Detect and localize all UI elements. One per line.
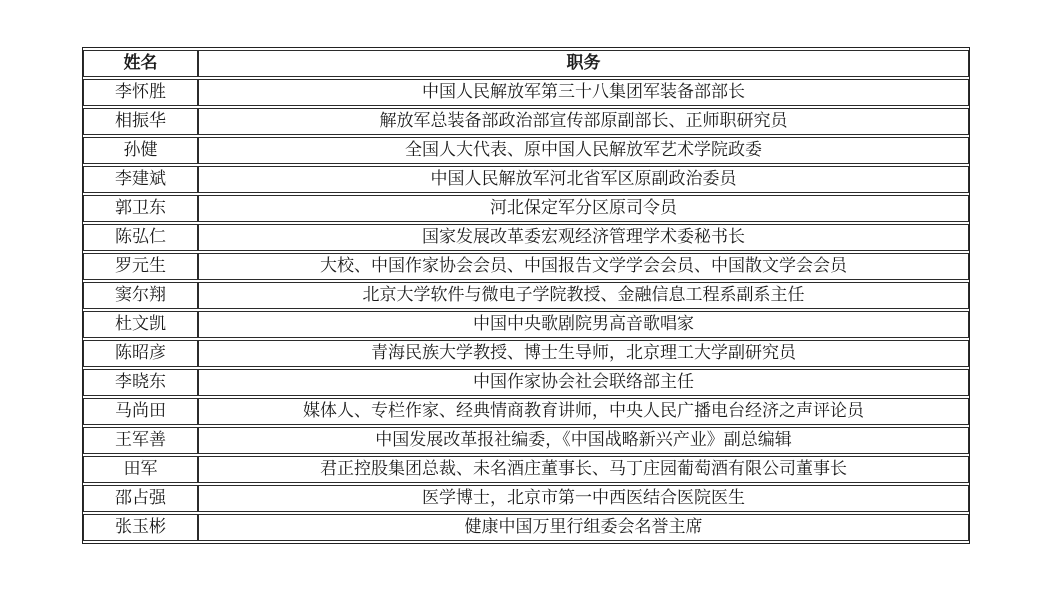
person-title: 中国人民解放军河北省军区原副政治委员 xyxy=(198,166,969,193)
person-title: 中国中央歌剧院男高音歌唱家 xyxy=(198,311,969,338)
person-title: 中国发展改革报社编委，《中国战略新兴产业》副总编辑 xyxy=(198,427,969,454)
person-name: 相振华 xyxy=(83,108,198,135)
person-name: 马尚田 xyxy=(83,398,198,425)
table-row: 李怀胜中国人民解放军第三十八集团军装备部部长 xyxy=(83,79,969,106)
table-row: 杜文凯中国中央歌剧院男高音歌唱家 xyxy=(83,311,969,338)
person-name: 孙健 xyxy=(83,137,198,164)
people-table: 姓名 职务 李怀胜中国人民解放军第三十八集团军装备部部长相振华解放军总装备部政治… xyxy=(82,47,970,544)
person-title: 河北保定军分区原司令员 xyxy=(198,195,969,222)
person-title: 大校、中国作家协会会员、中国报告文学学会会员、中国散文学会会员 xyxy=(198,253,969,280)
person-name: 杜文凯 xyxy=(83,311,198,338)
table-row: 李建斌中国人民解放军河北省军区原副政治委员 xyxy=(83,166,969,193)
column-header-title: 职务 xyxy=(198,50,969,77)
person-title: 全国人大代表、原中国人民解放军艺术学院政委 xyxy=(198,137,969,164)
person-name: 李晓东 xyxy=(83,369,198,396)
person-name: 张玉彬 xyxy=(83,514,198,541)
person-title: 健康中国万里行组委会名誉主席 xyxy=(198,514,969,541)
person-title: 医学博士，北京市第一中西医结合医院医生 xyxy=(198,485,969,512)
column-header-name: 姓名 xyxy=(83,50,198,77)
person-name: 郭卫东 xyxy=(83,195,198,222)
person-title: 解放军总装备部政治部宣传部原副部长、正师职研究员 xyxy=(198,108,969,135)
table-row: 邵占强医学博士，北京市第一中西医结合医院医生 xyxy=(83,485,969,512)
table-row: 李晓东中国作家协会社会联络部主任 xyxy=(83,369,969,396)
person-name: 邵占强 xyxy=(83,485,198,512)
person-name: 王军善 xyxy=(83,427,198,454)
table-row: 王军善中国发展改革报社编委，《中国战略新兴产业》副总编辑 xyxy=(83,427,969,454)
table-row: 郭卫东河北保定军分区原司令员 xyxy=(83,195,969,222)
table-row: 马尚田媒体人、专栏作家、经典情商教育讲师，中央人民广播电台经济之声评论员 xyxy=(83,398,969,425)
table-row: 张玉彬健康中国万里行组委会名誉主席 xyxy=(83,514,969,541)
table-row: 陈弘仁国家发展改革委宏观经济管理学术委秘书长 xyxy=(83,224,969,251)
person-title: 北京大学软件与微电子学院教授、金融信息工程系副系主任 xyxy=(198,282,969,309)
person-title: 中国人民解放军第三十八集团军装备部部长 xyxy=(198,79,969,106)
person-name: 李怀胜 xyxy=(83,79,198,106)
person-name: 田军 xyxy=(83,456,198,483)
person-title: 媒体人、专栏作家、经典情商教育讲师，中央人民广播电台经济之声评论员 xyxy=(198,398,969,425)
person-title: 青海民族大学教授、博士生导师，北京理工大学副研究员 xyxy=(198,340,969,367)
table-row: 孙健全国人大代表、原中国人民解放军艺术学院政委 xyxy=(83,137,969,164)
person-name: 罗元生 xyxy=(83,253,198,280)
table-row: 陈昭彦青海民族大学教授、博士生导师，北京理工大学副研究员 xyxy=(83,340,969,367)
table-row: 田军君正控股集团总裁、未名酒庄董事长、马丁庄园葡萄酒有限公司董事长 xyxy=(83,456,969,483)
header-row: 姓名 职务 xyxy=(83,50,969,77)
person-name: 陈弘仁 xyxy=(83,224,198,251)
table-body: 李怀胜中国人民解放军第三十八集团军装备部部长相振华解放军总装备部政治部宣传部原副… xyxy=(83,79,969,541)
person-title: 中国作家协会社会联络部主任 xyxy=(198,369,969,396)
table-row: 相振华解放军总装备部政治部宣传部原副部长、正师职研究员 xyxy=(83,108,969,135)
person-name: 窦尔翔 xyxy=(83,282,198,309)
table-row: 罗元生大校、中国作家协会会员、中国报告文学学会会员、中国散文学会会员 xyxy=(83,253,969,280)
table-row: 窦尔翔北京大学软件与微电子学院教授、金融信息工程系副系主任 xyxy=(83,282,969,309)
document-page: 姓名 职务 李怀胜中国人民解放军第三十八集团军装备部部长相振华解放军总装备部政治… xyxy=(82,47,970,544)
person-name: 陈昭彦 xyxy=(83,340,198,367)
person-title: 君正控股集团总裁、未名酒庄董事长、马丁庄园葡萄酒有限公司董事长 xyxy=(198,456,969,483)
person-name: 李建斌 xyxy=(83,166,198,193)
person-title: 国家发展改革委宏观经济管理学术委秘书长 xyxy=(198,224,969,251)
